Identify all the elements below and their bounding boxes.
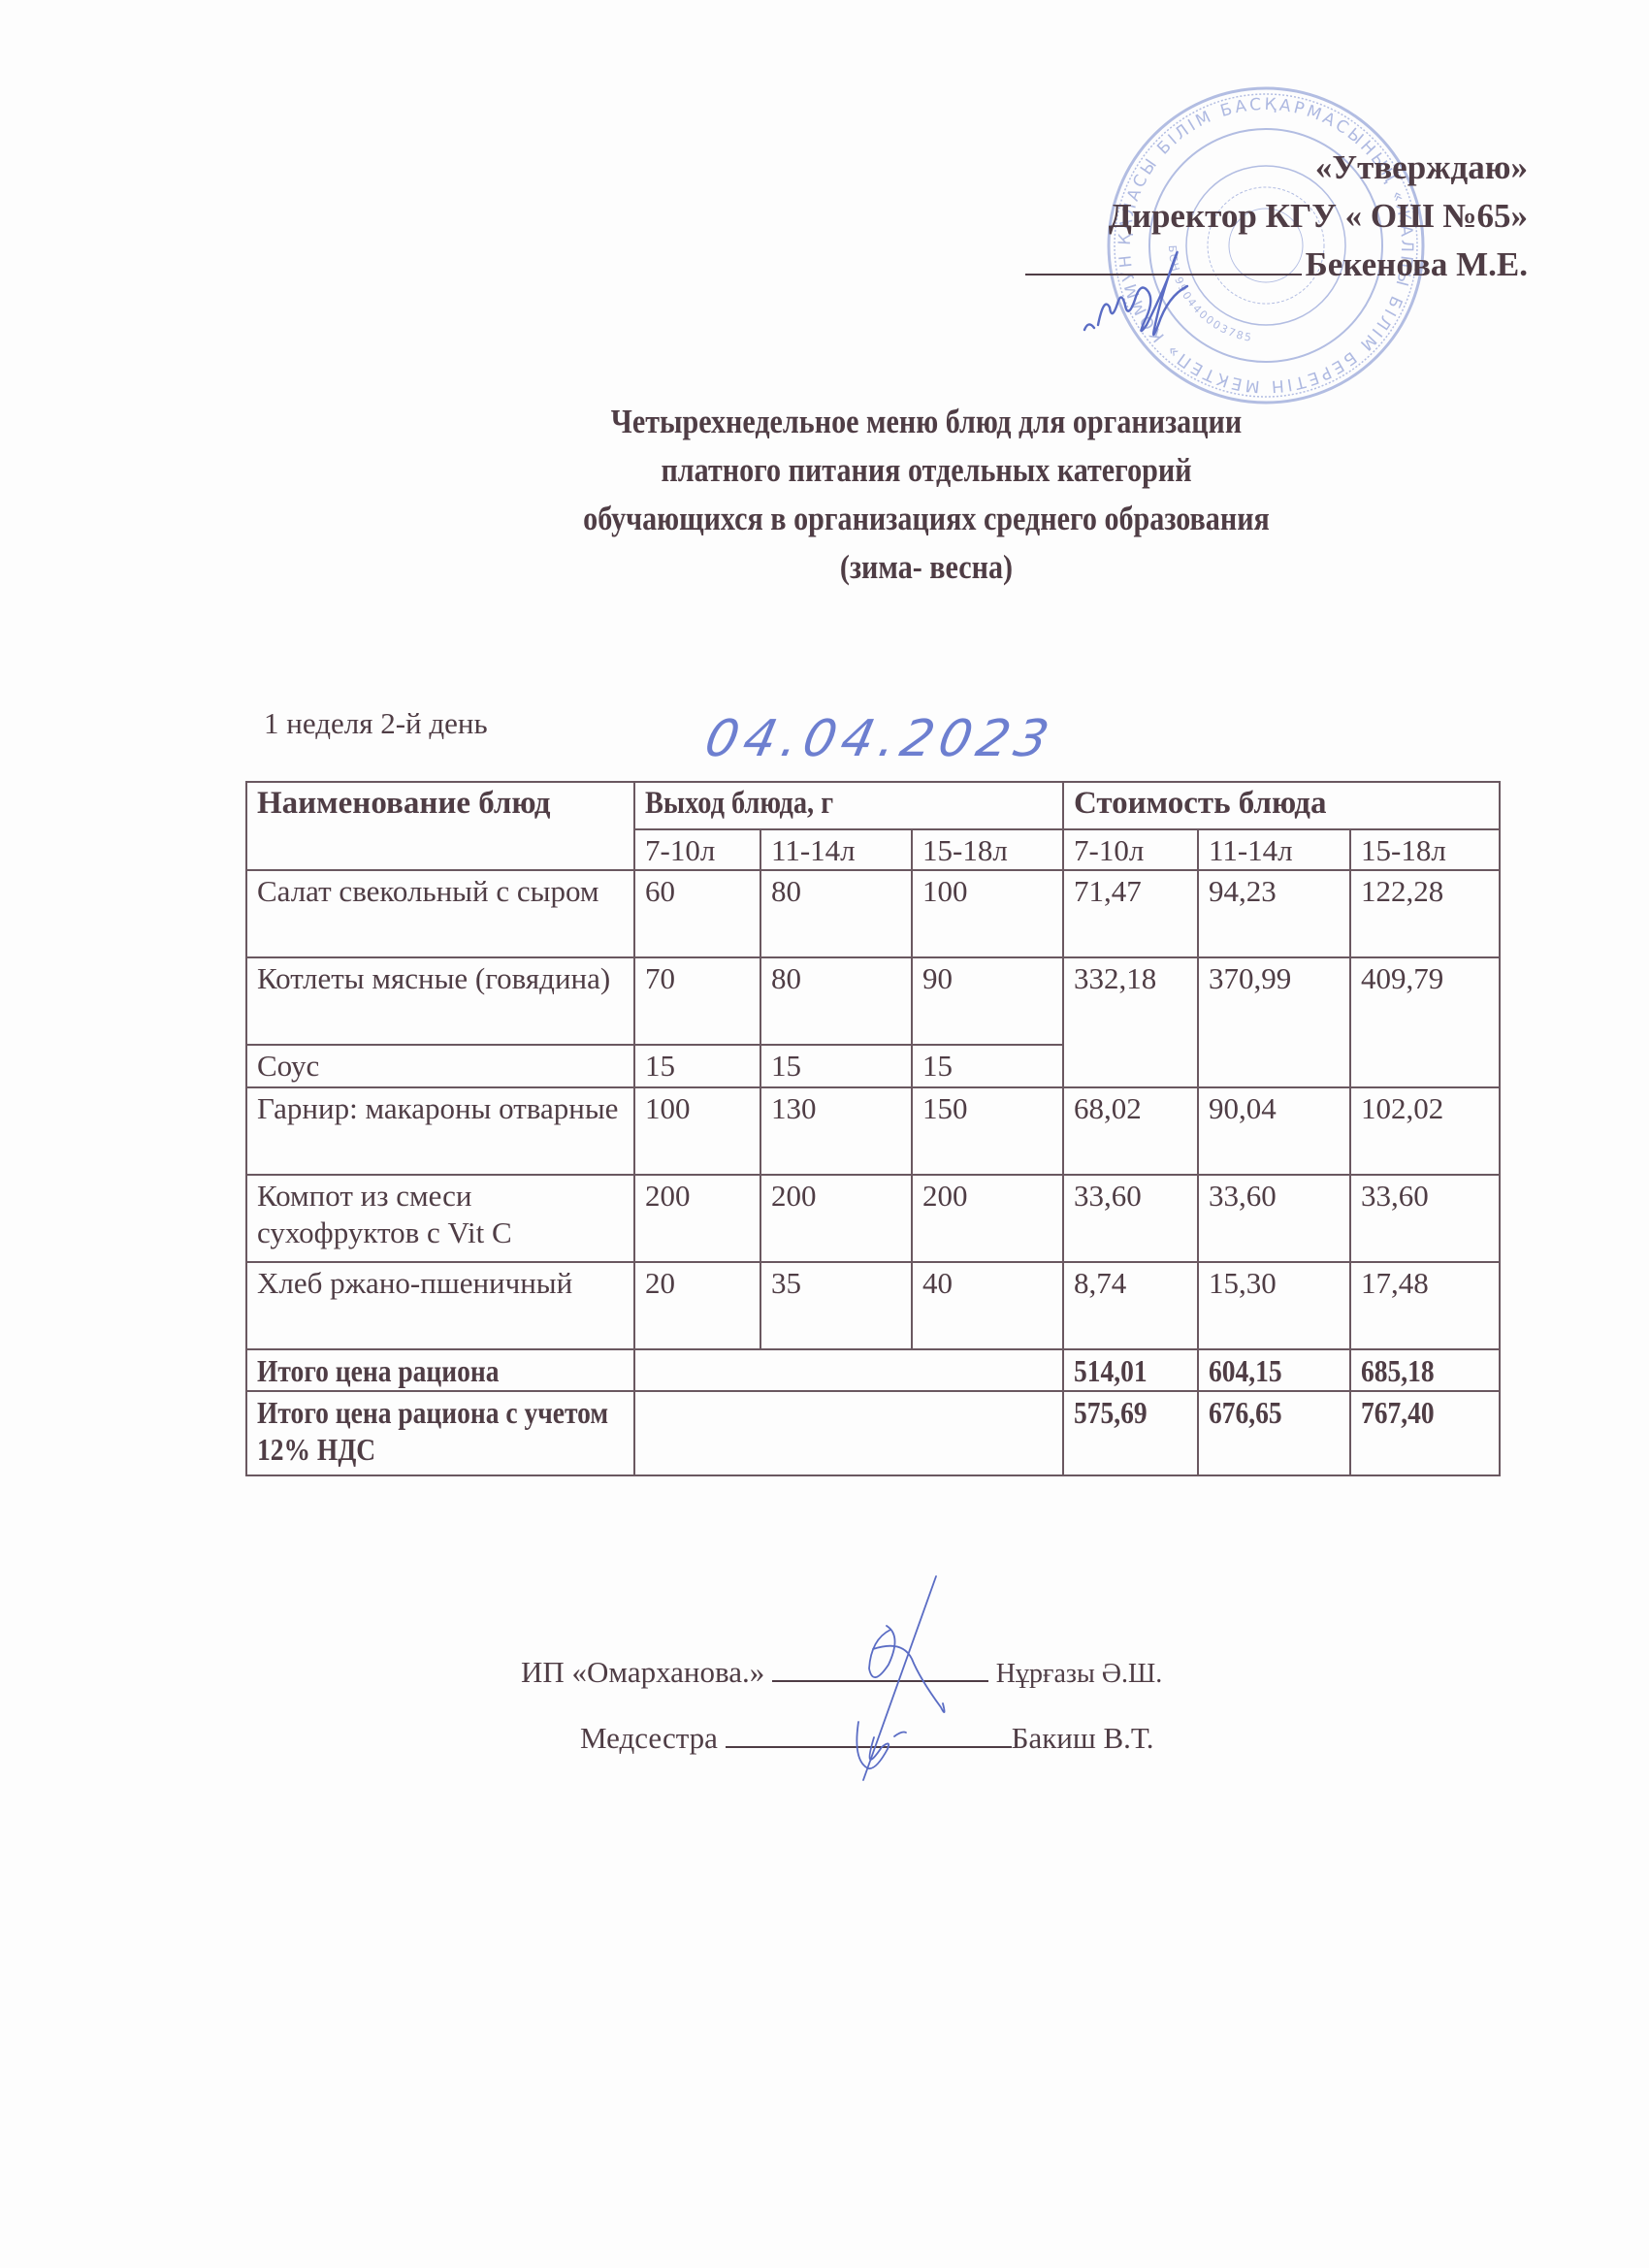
dish-name: Компот из смеси сухофруктов с Vit C [246,1175,634,1262]
dish-cost: 409,79 [1350,957,1500,1087]
dish-cost: 90,04 [1198,1087,1350,1175]
dish-weight: 130 [760,1087,912,1175]
dish-weight: 15 [760,1045,912,1087]
director-name: Бекенова М.Е. [1306,245,1528,283]
title-line: платного питания отдельных категорий [422,446,1432,495]
dish-weight: 200 [634,1175,760,1262]
nurse-name: Бакиш В.Т. [1012,1721,1154,1755]
dish-weight: 150 [912,1087,1063,1175]
dish-weight: 80 [760,870,912,957]
table-row: Компот из смеси сухофруктов с Vit C20020… [246,1175,1500,1262]
title-line: Четырехнедельное меню блюд для организац… [422,398,1432,446]
dish-name: Гарнир: макароны отварные [246,1087,634,1175]
dish-name: Хлеб ржано-пшеничный [246,1262,634,1349]
title-line: обучающихся в организациях среднего обра… [422,495,1432,543]
dish-weight: 40 [912,1262,1063,1349]
dish-cost: 68,02 [1063,1087,1198,1175]
header-weight-group: Выход блюда, г [634,782,1063,829]
header-age: 11-14л [1198,829,1350,870]
dish-cost: 71,47 [1063,870,1198,957]
header-age: 15-18л [1350,829,1500,870]
menu-table: Наименование блюд Выход блюда, г Стоимос… [245,781,1501,1476]
dish-cost: 332,18 [1063,957,1198,1087]
table-row: Хлеб ржано-пшеничный2035408,7415,3017,48 [246,1262,1500,1349]
header-age: 7-10л [634,829,760,870]
dish-cost: 17,48 [1350,1262,1500,1349]
table-header-row: Наименование блюд Выход блюда, г Стоимос… [246,782,1500,829]
supplier-signature-icon [805,1571,999,1795]
dish-weight: 100 [634,1087,760,1175]
total-empty-cell [634,1349,1063,1391]
dish-name: Салат свекольный с сыром [246,870,634,957]
dish-weight: 15 [912,1045,1063,1087]
header-age: 15-18л [912,829,1063,870]
total-cost: 575,69 [1063,1391,1198,1475]
nurse-role: Медсестра [580,1721,718,1755]
dish-weight: 60 [634,870,760,957]
dish-cost: 102,02 [1350,1087,1500,1175]
approve-label: «Утверждаю» [1025,144,1528,192]
dish-weight: 90 [912,957,1063,1045]
total-cost: 685,18 [1350,1349,1500,1391]
header-dish-name: Наименование блюд [246,782,634,870]
header-age: 11-14л [760,829,912,870]
dish-cost: 122,28 [1350,870,1500,957]
handwritten-date: 04.04.2023 [700,710,1059,768]
total-cost: 604,15 [1198,1349,1350,1391]
total-row: Итого цена рациона с учетом 12% НДС575,6… [246,1391,1500,1475]
dish-cost: 33,60 [1350,1175,1500,1262]
total-label: Итого цена рациона [246,1349,634,1391]
header-cost-group: Стоимость блюда [1063,782,1500,829]
dish-weight: 80 [760,957,912,1045]
dish-name: Котлеты мясные (говядина) [246,957,634,1045]
supplier-name: Нұрғазы Ә.Ш. [996,1659,1162,1689]
supplier-role: ИП «Омарханова.» [521,1655,764,1689]
dish-weight: 70 [634,957,760,1045]
dish-cost: 8,74 [1063,1262,1198,1349]
dish-weight: 100 [912,870,1063,957]
dish-weight: 200 [760,1175,912,1262]
total-empty-cell [634,1391,1063,1475]
dish-cost: 94,23 [1198,870,1350,957]
dish-cost: 370,99 [1198,957,1350,1087]
title-line: (зима- весна) [422,543,1432,592]
director-signature-icon [1077,238,1232,344]
dish-weight: 20 [634,1262,760,1349]
table-row: Гарнир: макароны отварные10013015068,029… [246,1087,1500,1175]
total-cost: 514,01 [1063,1349,1198,1391]
table-row: Котлеты мясные (говядина)708090332,18370… [246,957,1500,1045]
document-title: Четырехнедельное меню блюд для организац… [339,398,1513,592]
total-label: Итого цена рациона с учетом 12% НДС [246,1391,634,1475]
director-position: Директор КГУ « ОШ №65» [1025,192,1528,241]
total-cost: 767,40 [1350,1391,1500,1475]
week-day-label: 1 неделя 2-й день [264,706,488,741]
total-row: Итого цена рациона514,01604,15685,18 [246,1349,1500,1391]
header-age: 7-10л [1063,829,1198,870]
dish-cost: 15,30 [1198,1262,1350,1349]
total-cost: 676,65 [1198,1391,1350,1475]
dish-weight: 200 [912,1175,1063,1262]
dish-cost: 33,60 [1063,1175,1198,1262]
dish-weight: 35 [760,1262,912,1349]
dish-name: Соус [246,1045,634,1087]
dish-cost: 33,60 [1198,1175,1350,1262]
dish-weight: 15 [634,1045,760,1087]
table-row: Салат свекольный с сыром608010071,4794,2… [246,870,1500,957]
